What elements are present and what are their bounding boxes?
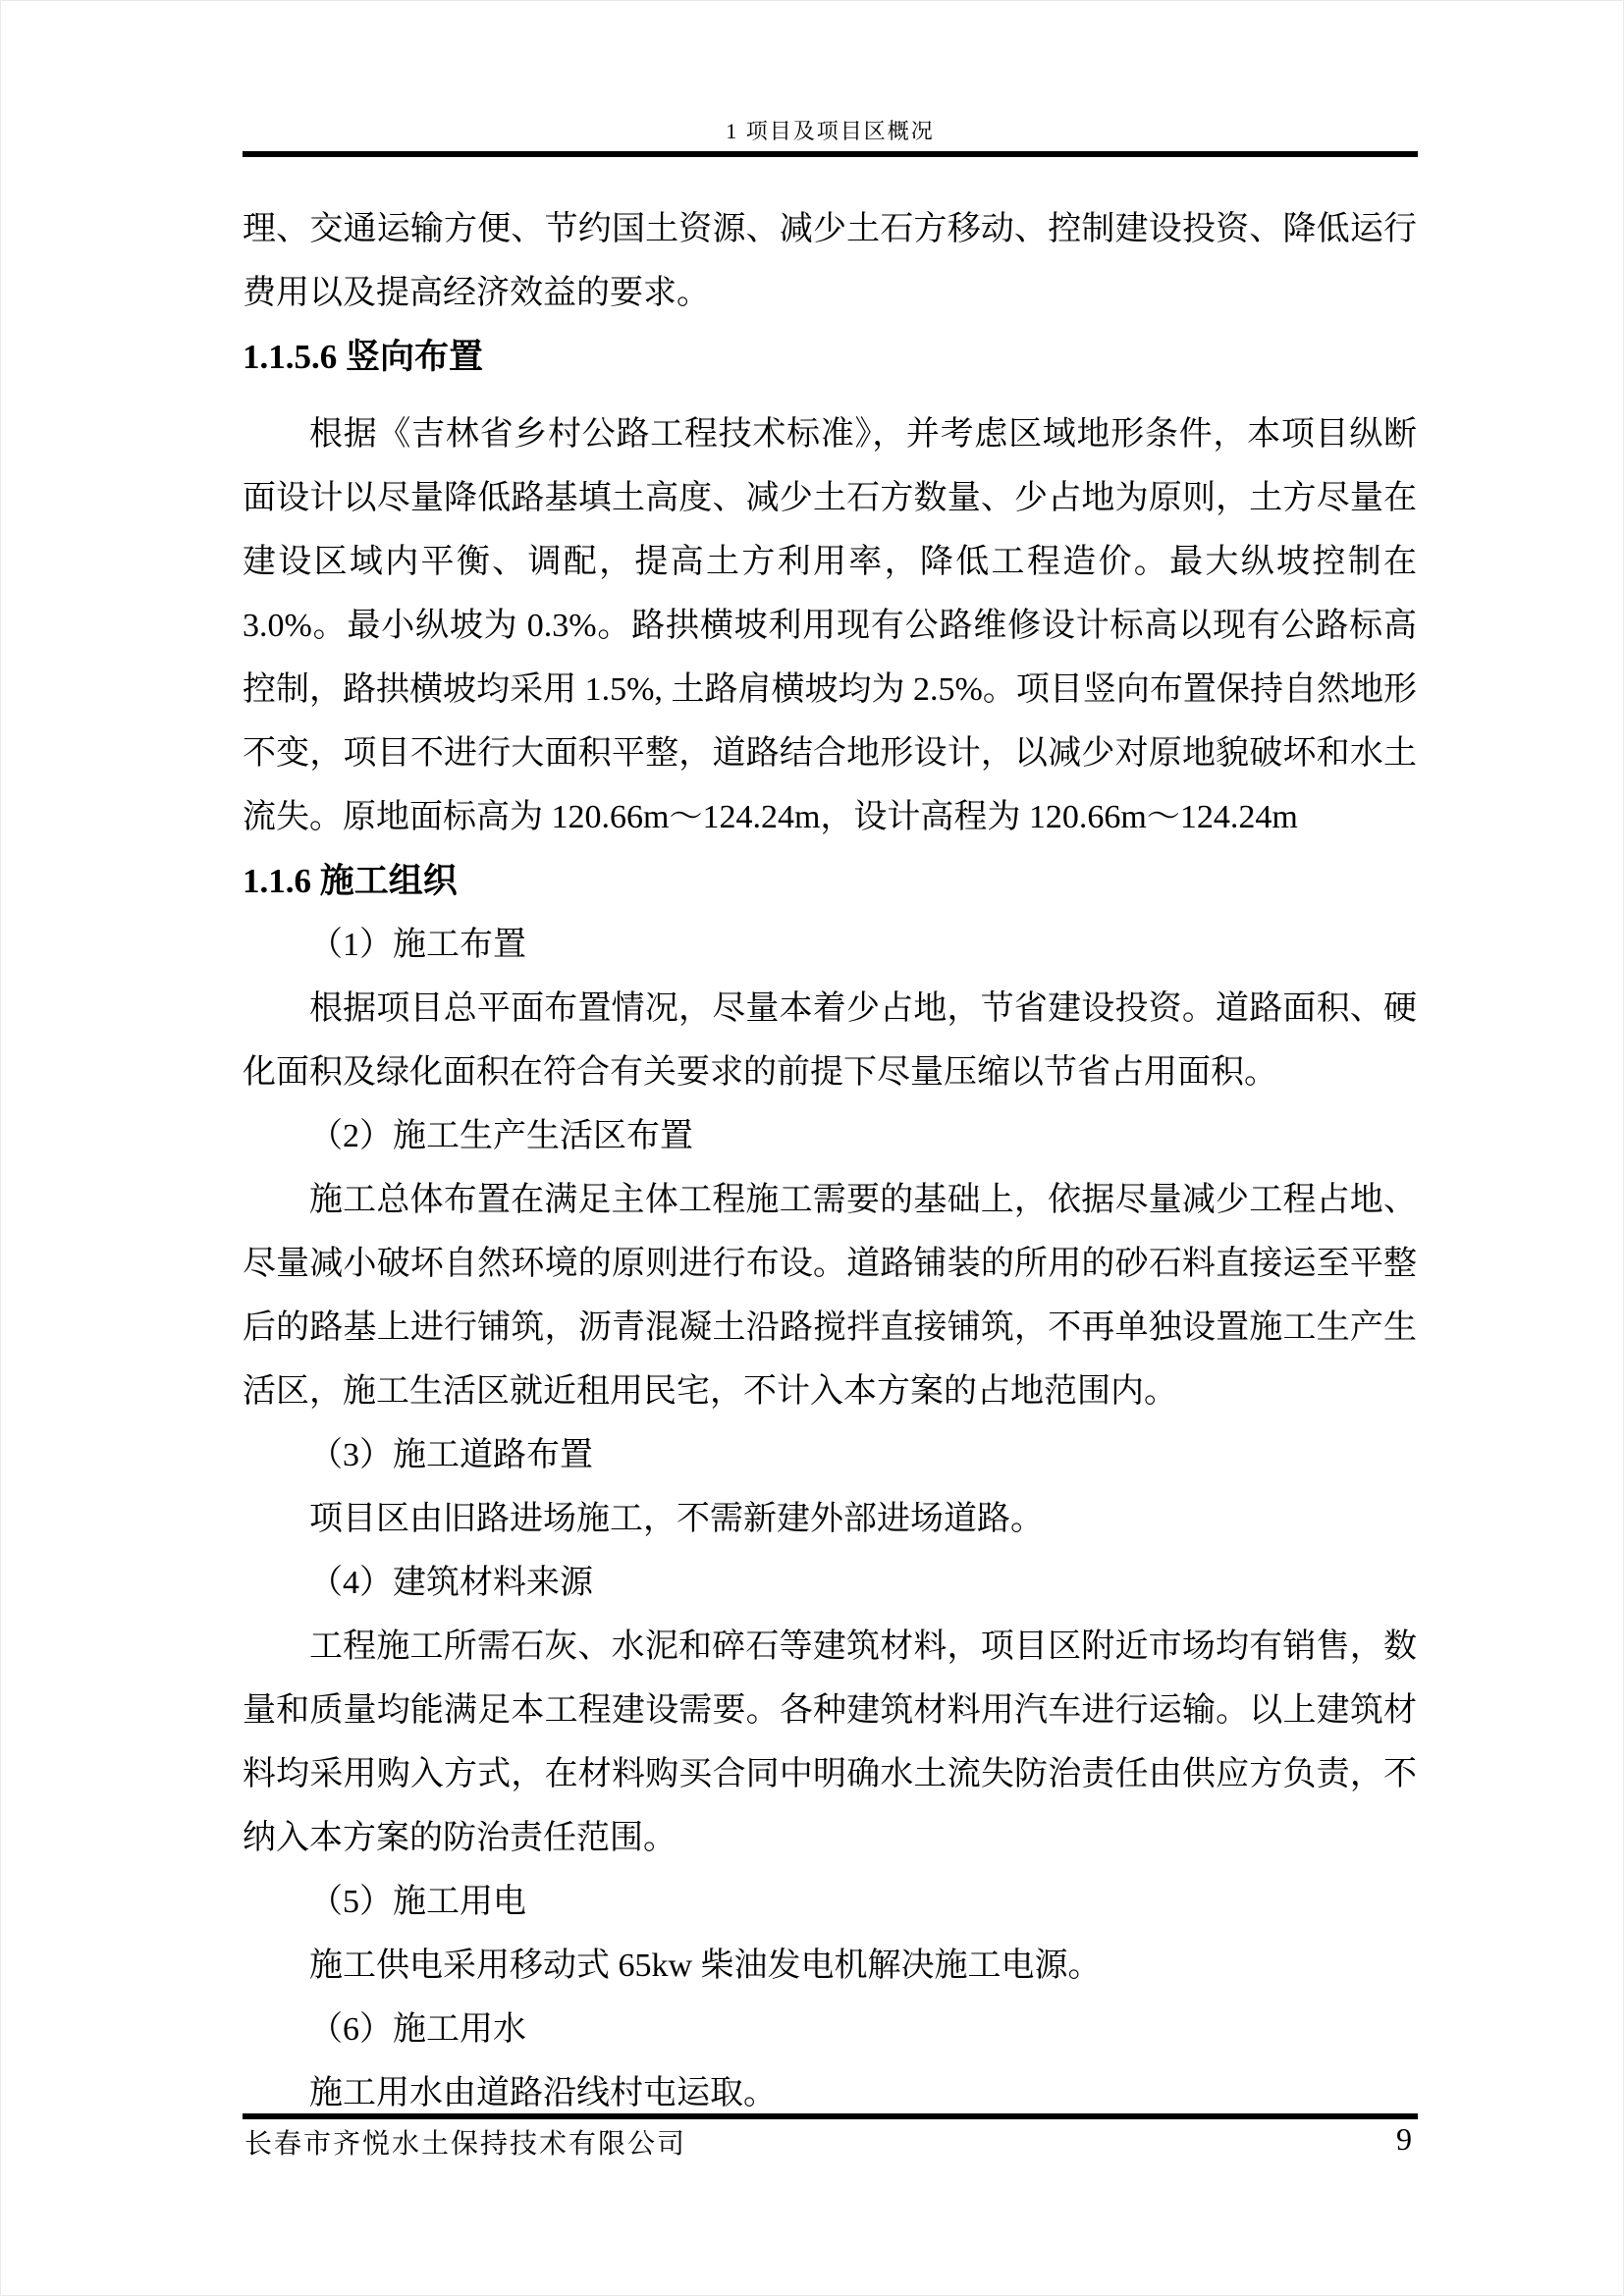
body-paragraph: 施工供电采用移动式 65kw 柴油发电机解决施工电源。 — [243, 1934, 1417, 1998]
list-item-heading-6: （6）施工用水 — [243, 1998, 1417, 2061]
document-page: 1 项目及项目区概况 理、交通运输方便、节约国土资源、减少土石方移动、控制建设投… — [0, 0, 1624, 2296]
body-paragraph: 施工总体布置在满足主体工程施工需要的基础上，依据尽量减少工程占地、尽量减小破坏自… — [243, 1168, 1417, 1423]
paragraph-continuation: 理、交通运输方便、节约国土资源、减少土石方移动、控制建设投资、降低运行费用以及提… — [243, 197, 1417, 325]
body-paragraph: 工程施工所需石灰、水泥和碎石等建筑材料，项目区附近市场均有销售，数量和质量均能满… — [243, 1615, 1417, 1870]
section-heading-1-1-5-6: 1.1.5.6 竖向布置 — [243, 325, 1417, 389]
list-item-heading-4: （4）建筑材料来源 — [243, 1551, 1417, 1615]
body-paragraph: 根据项目总平面布置情况，尽量本着少占地，节省建设投资。道路面积、硬化面积及绿化面… — [243, 977, 1417, 1104]
body-paragraph: 项目区由旧路进场施工，不需新建外部进场道路。 — [243, 1487, 1417, 1551]
body-paragraph: 根据《吉林省乡村公路工程技术标准》，并考虑区域地形条件，本项目纵断面设计以尽量降… — [243, 402, 1417, 849]
list-item-heading-5: （5）施工用电 — [243, 1870, 1417, 1934]
page-header: 1 项目及项目区概况 — [243, 119, 1418, 157]
footer-company-name: 长春市齐悦水土保持技术有限公司 — [244, 2129, 686, 2161]
list-item-heading-2: （2）施工生产生活区布置 — [243, 1104, 1417, 1168]
page-footer: 长春市齐悦水土保持技术有限公司 9 — [243, 2113, 1418, 2178]
section-heading-1-1-6: 1.1.6 施工组织 — [243, 849, 1417, 913]
list-item-heading-3: （3）施工道路布置 — [243, 1423, 1417, 1487]
list-item-heading-1: （1）施工布置 — [243, 913, 1417, 977]
page-number: 9 — [1396, 2121, 1412, 2157]
document-body: 理、交通运输方便、节约国土资源、减少土石方移动、控制建设投资、降低运行费用以及提… — [243, 197, 1417, 2125]
header-title: 1 项目及项目区概况 — [726, 119, 935, 143]
